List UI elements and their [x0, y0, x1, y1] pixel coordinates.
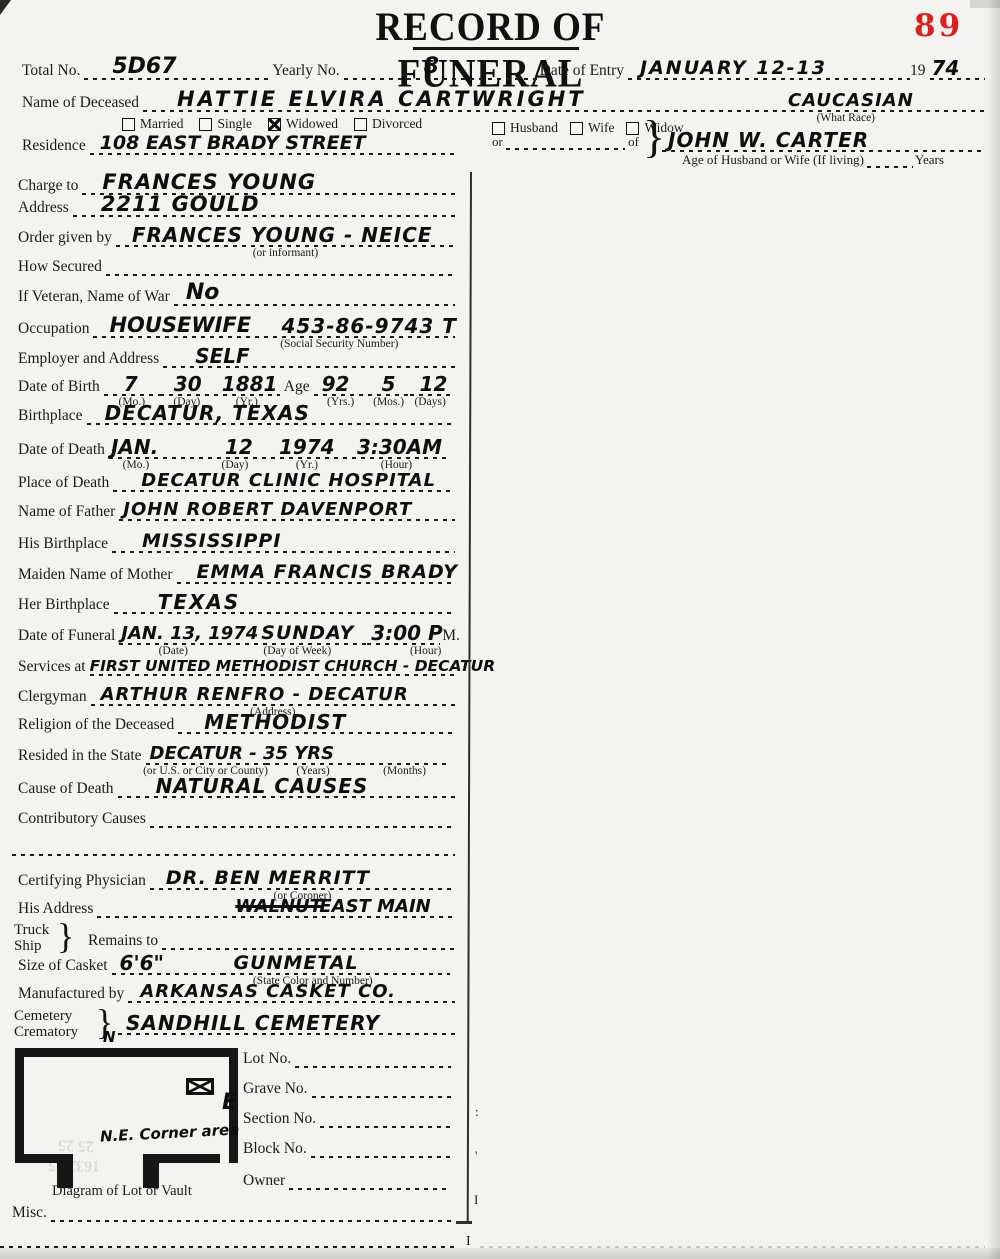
funeral-dow-seg: SUNDAY (Day of Week): [227, 625, 367, 645]
row-residence: Residence 108 EAST BRADY STREET: [22, 135, 455, 155]
place-of-death-line: DECATUR CLINIC HOSPITAL: [113, 472, 455, 492]
row-religion: Religion of the Deceased METHODIST: [18, 714, 455, 734]
row-entry-numbers: Total No. 5D67 Yearly No. 8 Date of Entr…: [22, 60, 985, 80]
contributory-line: [150, 808, 455, 828]
dob-year-value: 1881: [222, 374, 278, 394]
clergyman-line: ARTHUR RENFRO - DECATUR (Address): [91, 686, 455, 706]
funeral-hour-value: 3:00 P: [371, 623, 442, 643]
checkbox-married: [122, 118, 135, 131]
row-clergyman: Clergyman ARTHUR RENFRO - DECATUR (Addre…: [18, 686, 455, 706]
row-birthplace: Birthplace DECATUR, TEXAS: [18, 405, 455, 425]
ssn-value: 453-86-9743 T: [281, 316, 456, 336]
row-resided-in-state: Resided in the State DECATUR - 35 YRS (o…: [18, 745, 449, 765]
row-her-birthplace: Her Birthplace TEXAS: [18, 594, 455, 614]
dob-year-seg: 1881 (Yr.): [214, 376, 280, 396]
bottom-line: [0, 1228, 455, 1248]
employer-label: Employer and Address: [18, 351, 163, 369]
order-given-by-line: FRANCES YOUNG - NEICE (or informant): [116, 227, 455, 247]
date-of-death-label: Date of Death: [18, 442, 109, 460]
order-given-by-label: Order given by: [18, 230, 116, 248]
row-remains-to: Remains to: [88, 930, 455, 950]
physician-value: DR. BEN MERRITT: [166, 869, 370, 888]
religion-value: METHODIST: [204, 712, 346, 732]
spouse-age-line: [867, 154, 913, 168]
name-value: HATTIE ELVIRA CARTWRIGHT: [177, 89, 586, 110]
his-address-value: EAST MAIN: [319, 898, 430, 916]
how-secured-label: How Secured: [18, 259, 106, 277]
row-cause-of-death: Cause of Death NATURAL CAUSES: [18, 778, 455, 798]
funeral-m-label: M.: [440, 628, 464, 646]
row-place-of-death: Place of Death DECATUR CLINIC HOSPITAL: [18, 472, 455, 492]
row-employer: Employer and Address SELF: [18, 348, 455, 368]
title-underline: [413, 47, 579, 50]
casket-label: Size of Casket: [18, 958, 112, 976]
dob-month-value: 7: [124, 374, 138, 394]
age-label: Age: [280, 379, 314, 397]
manufactured-label: Manufactured by: [18, 986, 128, 1004]
bottom-line-faint: [480, 1228, 985, 1248]
dod-month-seg: JAN. (Mo.): [109, 439, 199, 459]
ship-label: Ship: [14, 938, 42, 955]
row-address: Address 2211 GOULD: [18, 197, 455, 217]
manufactured-value: ARKANSAS CASKET CO.: [140, 983, 396, 1001]
of-label: of: [625, 135, 642, 150]
dob-day-seg: 30 (Day): [160, 376, 214, 396]
checkbox-divorced-label: Divorced: [372, 116, 422, 132]
dod-month-value: JAN.: [111, 437, 158, 457]
casket-color-value: GUNMETAL: [234, 954, 359, 973]
total-no-line: 5D67: [84, 60, 272, 80]
yearly-no-label: Yearly No.: [272, 63, 343, 81]
checkbox-divorced: [354, 118, 367, 131]
scan-edge-shadow: [987, 0, 1000, 1259]
dod-hour-seg: 3:30AM (Hour): [343, 439, 450, 459]
years-label: Years: [913, 153, 947, 168]
date-of-entry-line: JANUARY 12-13: [628, 60, 910, 80]
name-line: HATTIE ELVIRA CARTWRIGHT CAUCASIAN (What…: [143, 92, 985, 112]
residence-line: 108 EAST BRADY STREET: [90, 135, 455, 155]
race-sublabel: (What Race): [817, 113, 875, 125]
page-title: RECORD OF FUNERAL: [318, 5, 663, 98]
bleed-through-text: 25 25: [58, 1135, 95, 1154]
checkbox-single: [199, 118, 212, 131]
checkbox-married-label: Married: [140, 116, 183, 132]
checkbox-husband-label: Husband: [510, 120, 558, 136]
date-of-entry-label: Date of Entry: [540, 63, 628, 81]
blank-line: [12, 836, 455, 856]
clipped-glyph: I: [466, 1234, 471, 1250]
occupation-value: HOUSEWIFE: [109, 315, 251, 336]
veteran-label: If Veteran, Name of War: [18, 289, 174, 307]
total-no-label: Total No.: [22, 63, 84, 81]
row-spouse-age: Age of Husband or Wife (If living) Years: [682, 153, 947, 168]
funeral-date-seg: JAN. 13, 1974 (Date): [119, 625, 227, 645]
row-section-no: Section No.: [243, 1108, 451, 1128]
residence-value: 108 EAST BRADY STREET: [100, 134, 366, 153]
age-days-value: 12: [420, 374, 448, 394]
dod-year-seg: 1974 (Yr.): [271, 439, 343, 459]
race-value: CAUCASIAN: [788, 92, 914, 110]
row-maiden-name-of-mother: Maiden Name of Mother EMMA FRANCIS BRADY: [18, 564, 455, 584]
spouse-name-value: JOHN W. CARTER: [668, 130, 869, 150]
spouse-age-label: Age of Husband or Wife (If living): [682, 153, 867, 168]
misc-label: Misc.: [12, 1205, 51, 1223]
row-lot-no: Lot No.: [243, 1048, 451, 1068]
north-note: N: [103, 1030, 116, 1045]
row-name-of-father: Name of Father JOHN ROBERT DAVENPORT: [18, 501, 455, 521]
charge-to-value: FRANCES YOUNG: [102, 172, 316, 193]
manufactured-line: ARKANSAS CASKET CO.: [128, 983, 455, 1003]
block-no-line: [311, 1138, 451, 1158]
truck-ship-brace: }: [57, 918, 74, 954]
birthplace-value: DECATUR, TEXAS: [105, 403, 310, 423]
funeral-dow-value: SUNDAY: [261, 624, 354, 643]
year-line: 74: [930, 60, 985, 80]
row-size-of-casket: Size of Casket 6'6" GUNMETAL (State Colo…: [18, 955, 450, 975]
mother-value: EMMA FRANCIS BRADY: [197, 563, 459, 582]
occupation-line: HOUSEWIFE 453-86-9743 T (Social Security…: [93, 318, 455, 338]
his-birthplace-value: MISSISSIPPI: [142, 532, 281, 551]
row-services-at: Services at FIRST UNITED METHODIST CHURC…: [18, 656, 455, 676]
casket-size-value: 6'6": [120, 953, 164, 973]
column-divider-line: [467, 172, 473, 1223]
section-no-line: [320, 1108, 451, 1128]
her-birthplace-label: Her Birthplace: [18, 597, 114, 615]
dod-day-value: 12: [225, 437, 253, 457]
truck-label: Truck: [14, 922, 49, 939]
row-block-no: Block No.: [243, 1138, 451, 1158]
section-no-label: Section No.: [243, 1111, 320, 1129]
clipped-glyph: :: [475, 1104, 479, 1120]
services-at-value: FIRST UNITED METHODIST CHURCH - DECATUR: [90, 659, 496, 675]
order-given-by-value: FRANCES YOUNG - NEICE: [132, 225, 433, 245]
resided-label: Resided in the State: [18, 748, 146, 766]
his-birthplace-label: His Birthplace: [18, 536, 112, 554]
his-address-line: WALNUT EAST MAIN: [97, 898, 455, 918]
age-years-seg: 92 (Yrs.): [314, 376, 368, 396]
address-label: Address: [18, 200, 73, 218]
row-marital-status: Married Single Widowed Divorced: [122, 116, 438, 132]
residence-label: Residence: [22, 138, 90, 156]
dob-day-value: 30: [174, 374, 202, 394]
row-misc: Misc.: [12, 1202, 455, 1222]
cause-label: Cause of Death: [18, 781, 118, 799]
remains-to-line: [162, 930, 455, 950]
row-occupation: Occupation HOUSEWIFE 453-86-9743 T (Soci…: [18, 318, 455, 338]
religion-label: Religion of the Deceased: [18, 717, 178, 735]
row-certifying-physician: Certifying Physician DR. BEN MERRITT (or…: [18, 870, 455, 890]
owner-line: [289, 1170, 451, 1190]
checkbox-single-label: Single: [217, 116, 252, 132]
father-value: JOHN ROBERT DAVENPORT: [123, 501, 412, 519]
row-blank-line: [12, 836, 455, 856]
casket-color-seg: GUNMETAL (State Color and Number): [222, 955, 450, 975]
row-order-given-by: Order given by FRANCES YOUNG - NEICE (or…: [18, 227, 455, 247]
bleed-through-text: 1632 25: [48, 1156, 100, 1175]
scan-bottom-edge: [0, 1248, 1000, 1259]
year-value: 74: [932, 58, 960, 78]
row-bottom-line: [0, 1228, 455, 1248]
religion-line: METHODIST: [178, 714, 455, 734]
his-address-struck-value: WALNUT: [235, 898, 322, 916]
casket-size-seg: 6'6": [112, 955, 222, 975]
resided-months-sublabel: (Months): [383, 766, 426, 778]
place-of-death-label: Place of Death: [18, 475, 113, 493]
date-of-birth-label: Date of Birth: [18, 379, 104, 397]
physician-line: DR. BEN MERRITT (or Coroner): [150, 870, 455, 890]
age-months-value: 5: [382, 374, 396, 394]
misc-line: [51, 1202, 455, 1222]
mother-line: EMMA FRANCIS BRADY: [177, 564, 455, 584]
row-name-of-deceased: Name of Deceased HATTIE ELVIRA CARTWRIGH…: [22, 92, 985, 112]
east-label: E: [222, 1092, 237, 1114]
age-years-value: 92: [322, 374, 350, 394]
clipped-glyph: ': [475, 1148, 477, 1164]
address-value: 2211 GOULD: [101, 194, 260, 215]
charge-to-label: Charge to: [18, 178, 82, 196]
her-birthplace-line: TEXAS: [114, 594, 455, 614]
resided-years-seg: (Years): [266, 745, 361, 765]
employer-value: SELF: [195, 346, 249, 366]
checkbox-wife: [570, 122, 583, 135]
dod-hour-value: 3:30AM: [357, 437, 442, 457]
address-line: 2211 GOULD: [73, 197, 455, 217]
age-days-seg: 12 (Days): [410, 376, 451, 396]
row-his-birthplace: His Birthplace MISSISSIPPI: [18, 533, 455, 553]
grave-no-line: [312, 1078, 451, 1098]
cemetery-value: SANDHILL CEMETERY: [126, 1013, 380, 1033]
dod-year-value: 1974: [279, 437, 335, 457]
row-how-secured: How Secured: [18, 256, 455, 276]
clergyman-value: ARTHUR RENFRO - DECATUR: [101, 686, 409, 704]
row-date-of-death: Date of Death JAN. (Mo.) 12 (Day) 1974 (…: [18, 439, 450, 459]
veteran-value: No: [186, 282, 220, 304]
row-veteran: If Veteran, Name of War No: [18, 286, 455, 306]
yearly-no-line: 8: [344, 60, 540, 80]
mother-label: Maiden Name of Mother: [18, 567, 177, 585]
birthplace-line: DECATUR, TEXAS: [87, 405, 455, 425]
row-spouse-or-of: or of: [492, 135, 642, 150]
date-of-entry-value: JANUARY 12-13: [640, 59, 827, 78]
father-line: JOHN ROBERT DAVENPORT: [119, 501, 455, 521]
page-number-stamp: 89: [914, 8, 963, 44]
remains-to-label: Remains to: [88, 933, 162, 951]
diagram-caption: Diagram of Lot or Vault: [52, 1183, 192, 1200]
checkbox-wife-label: Wife: [588, 120, 614, 136]
row-date-of-birth: Date of Birth 7 (Mo.) 30 (Day) 1881 (Yr.…: [18, 376, 451, 396]
services-at-label: Services at: [18, 659, 90, 677]
row-grave-no: Grave No.: [243, 1078, 451, 1098]
cause-line: NATURAL CAUSES: [118, 778, 455, 798]
spouse-name-line: JOHN W. CARTER: [662, 132, 985, 152]
total-no-value: 5D67: [112, 56, 176, 78]
lot-diagram-outline: [15, 1048, 238, 1163]
cemetery-line: SANDHILL CEMETERY: [118, 1015, 455, 1035]
grave-marker-x-icon: [186, 1078, 214, 1095]
or-label: or: [492, 135, 506, 150]
physician-label: Certifying Physician: [18, 873, 150, 891]
clergyman-label: Clergyman: [18, 689, 91, 707]
cause-value: NATURAL CAUSES: [156, 776, 369, 796]
occupation-label: Occupation: [18, 321, 93, 339]
lot-no-line: [295, 1048, 451, 1068]
place-of-death-value: DECATUR CLINIC HOSPITAL: [141, 472, 436, 490]
checkbox-widowed-label: Widowed: [286, 116, 338, 132]
father-label: Name of Father: [18, 504, 119, 522]
resided-place-seg: DECATUR - 35 YRS (or U.S. or City or Cou…: [146, 745, 266, 765]
name-label: Name of Deceased: [22, 95, 143, 113]
veteran-line: No: [174, 286, 455, 306]
checkbox-widowed-checked: [268, 118, 281, 131]
row-contributory-causes: Contributory Causes: [18, 808, 455, 828]
row-manufactured-by: Manufactured by ARKANSAS CASKET CO.: [18, 983, 455, 1003]
yearly-no-value: 8: [424, 56, 439, 78]
funeral-hour-seg: 3:00 P (Hour): [367, 625, 440, 645]
lot-no-label: Lot No.: [243, 1051, 295, 1069]
dod-day-seg: 12 (Day): [199, 439, 271, 459]
row-owner: Owner: [243, 1170, 451, 1190]
grave-no-label: Grave No.: [243, 1081, 312, 1099]
birthplace-label: Birthplace: [18, 408, 87, 426]
crematory-label: Crematory: [14, 1024, 78, 1041]
block-no-label: Block No.: [243, 1141, 311, 1159]
row-bottom-line-faint: [480, 1228, 985, 1248]
or-line: [506, 136, 625, 150]
her-birthplace-value: TEXAS: [158, 592, 241, 612]
owner-label: Owner: [243, 1173, 289, 1191]
cemetery-label: Cemetery: [14, 1008, 72, 1025]
clipped-glyph: I: [474, 1192, 478, 1208]
dob-month-seg: 7 (Mo.): [104, 376, 160, 396]
how-secured-line: [106, 256, 455, 276]
resided-months-seg: (Months): [361, 745, 449, 765]
row-his-address: His Address WALNUT EAST MAIN: [18, 898, 455, 918]
scan-corner-artifact: [0, 0, 11, 15]
record-of-funeral-page: RECORD OF FUNERAL 89 Total No. 5D67 Year…: [0, 0, 1000, 1259]
age-months-seg: 5 (Mos.): [368, 376, 410, 396]
employer-line: SELF: [163, 348, 455, 368]
contributory-label: Contributory Causes: [18, 811, 150, 829]
date-of-funeral-label: Date of Funeral: [18, 628, 119, 646]
his-birthplace-line: MISSISSIPPI: [112, 533, 455, 553]
row-date-of-funeral: Date of Funeral JAN. 13, 1974 (Date) SUN…: [18, 625, 464, 645]
services-at-line: FIRST UNITED METHODIST CHURCH - DECATUR: [90, 656, 455, 676]
year-prefix: 19: [910, 63, 930, 81]
column-divider-foot: [456, 1221, 472, 1224]
